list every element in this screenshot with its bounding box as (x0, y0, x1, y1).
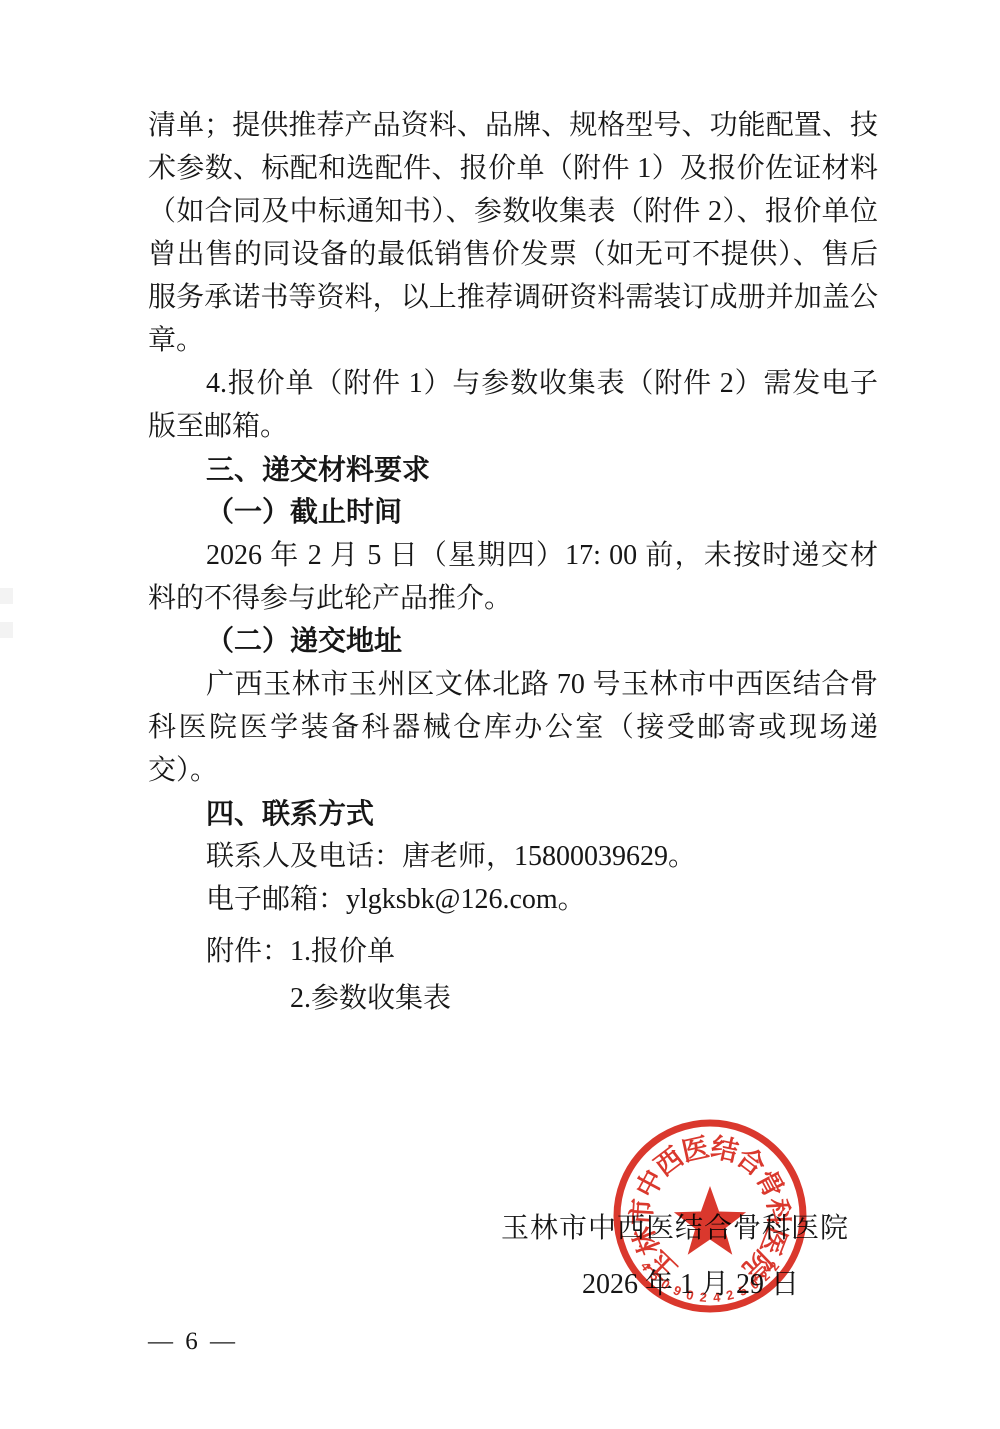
paragraph-deadline: 2026 年 2 月 5 日（星期四）17: 00 前，未按时递交材料的不得参与… (148, 534, 878, 620)
paragraph-address: 广西玉林市玉州区文体北路 70 号玉林市中西医结合骨科医院医学装备科器械仓库办公… (148, 663, 878, 792)
paragraph-email: 电子邮箱：ylgksbk@126.com。 (148, 878, 878, 921)
scan-artifact (0, 588, 13, 604)
subsection-heading-address: （二）递交地址 (148, 620, 878, 663)
section-heading-4: 四、联系方式 (148, 792, 878, 835)
paragraph-contact: 联系人及电话：唐老师，15800039629。 (148, 835, 878, 878)
svg-text:2: 2 (725, 1287, 736, 1303)
paragraph-continued: 清单；提供推荐产品资料、品牌、规格型号、功能配置、技术参数、标配和选配件、报价单… (148, 104, 878, 362)
attachment-item-1: 1.报价单 (290, 936, 395, 967)
attachment-item-2: 2.参数收集表 (206, 975, 451, 1022)
svg-text:4: 4 (712, 1289, 721, 1305)
section-heading-3: 三、递交材料要求 (148, 448, 878, 491)
document-body: 清单；提供推荐产品资料、品牌、规格型号、功能配置、技术参数、标配和选配件、报价单… (148, 104, 878, 921)
scan-artifact (0, 622, 13, 638)
paragraph-item4: 4.报价单（附件 1）与参数收集表（附件 2）需发电子版至邮箱。 (148, 362, 878, 448)
svg-text:9: 9 (671, 1282, 684, 1299)
document-page: 清单；提供推荐产品资料、品牌、规格型号、功能配置、技术参数、标配和选配件、报价单… (0, 0, 1000, 1429)
svg-text:5: 5 (736, 1282, 749, 1299)
subsection-heading-deadline: （一）截止时间 (148, 491, 878, 534)
svg-text:2: 2 (699, 1289, 707, 1305)
attachment-line-1: 附件：1.报价单 (206, 928, 451, 975)
official-seal-stamp-icon: 玉林市中西医结合骨科医院450902425022 (598, 1104, 822, 1328)
svg-text:医: 医 (679, 1132, 712, 1167)
page-number: — 6 — (148, 1328, 238, 1356)
attachments-label: 附件： (206, 936, 290, 967)
svg-text:0: 0 (685, 1287, 696, 1303)
svg-text:科: 科 (762, 1198, 794, 1227)
attachments-block: 附件：1.报价单 2.参数收集表 (206, 928, 451, 1022)
